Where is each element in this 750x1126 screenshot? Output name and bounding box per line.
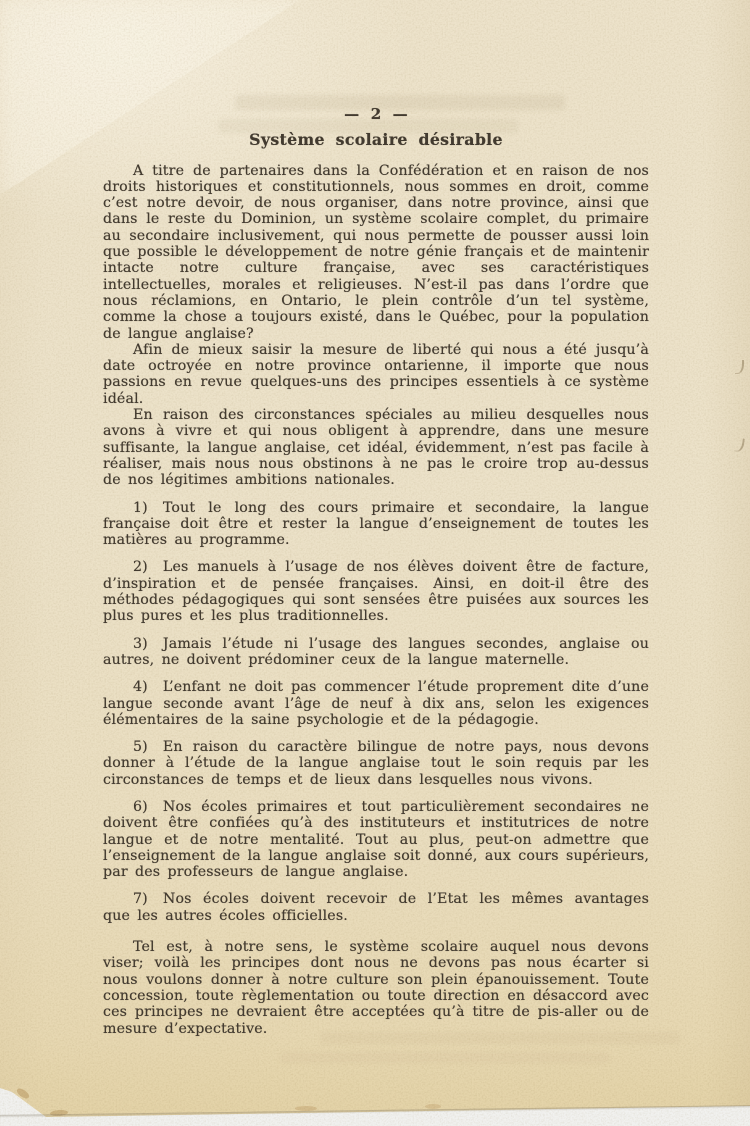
item-marker: 7)	[133, 891, 163, 907]
ink-show-through-smudge	[280, 1052, 610, 1063]
paragraph-3: En raison des circonstances spéciales au…	[103, 407, 649, 488]
list-item-6: 6)Nos écoles primaires et tout particuli…	[103, 799, 649, 880]
paper-edge-chip	[15, 1087, 30, 1101]
item-text: Jamais l’étude ni l’usage des langues se…	[103, 636, 649, 668]
list-item-7: 7)Nos écoles doivent recevoir de l’Etat …	[103, 891, 649, 924]
page-title: Système scolaire désirable	[103, 132, 649, 148]
list-item-5: 5)En raison du caractère bilingue de not…	[103, 739, 649, 788]
item-marker: 2)	[133, 559, 163, 575]
item-text: Tout le long des cours primaire et secon…	[103, 500, 649, 549]
item-text: Les manuels à l’usage de nos élèves doiv…	[103, 559, 649, 624]
item-marker: 1)	[133, 500, 163, 516]
page-text-column: — 2 — Système scolaire désirable A titre…	[103, 106, 649, 1037]
item-marker: 5)	[133, 739, 163, 755]
item-text: L’enfant ne doit pas commencer l’étude p…	[103, 679, 649, 728]
scanner-background: — 2 — Système scolaire désirable A titre…	[0, 0, 750, 1126]
list-item-3: 3)Jamais l’étude ni l’usage des langues …	[103, 636, 649, 669]
item-text: Nos écoles primaires et tout particulièr…	[103, 799, 649, 880]
paragraph-2: Afin de mieux saisir la mesure de libert…	[103, 342, 649, 407]
item-marker: 3)	[133, 636, 163, 652]
list-item-1: 1)Tout le long des cours primaire et sec…	[103, 500, 649, 549]
list-item-4: 4)L’enfant ne doit pas commencer l’étude…	[103, 679, 649, 728]
item-text: En raison du caractère bilingue de notre…	[103, 739, 649, 788]
paragraph-1: A titre de partenaires dans la Confédéra…	[103, 163, 649, 342]
list-item-2: 2)Les manuels à l’usage de nos élèves do…	[103, 559, 649, 624]
item-text: Nos écoles doivent recevoir de l’Etat le…	[103, 891, 649, 923]
staple-mark	[734, 437, 745, 452]
item-marker: 4)	[133, 679, 163, 695]
item-marker: 6)	[133, 799, 163, 815]
staple-mark	[735, 360, 744, 374]
paper-sheet: — 2 — Système scolaire désirable A titre…	[0, 0, 750, 1126]
page-number: — 2 —	[103, 106, 649, 122]
closing-paragraph: Tel est, à notre sens, le système scolai…	[103, 939, 649, 1037]
